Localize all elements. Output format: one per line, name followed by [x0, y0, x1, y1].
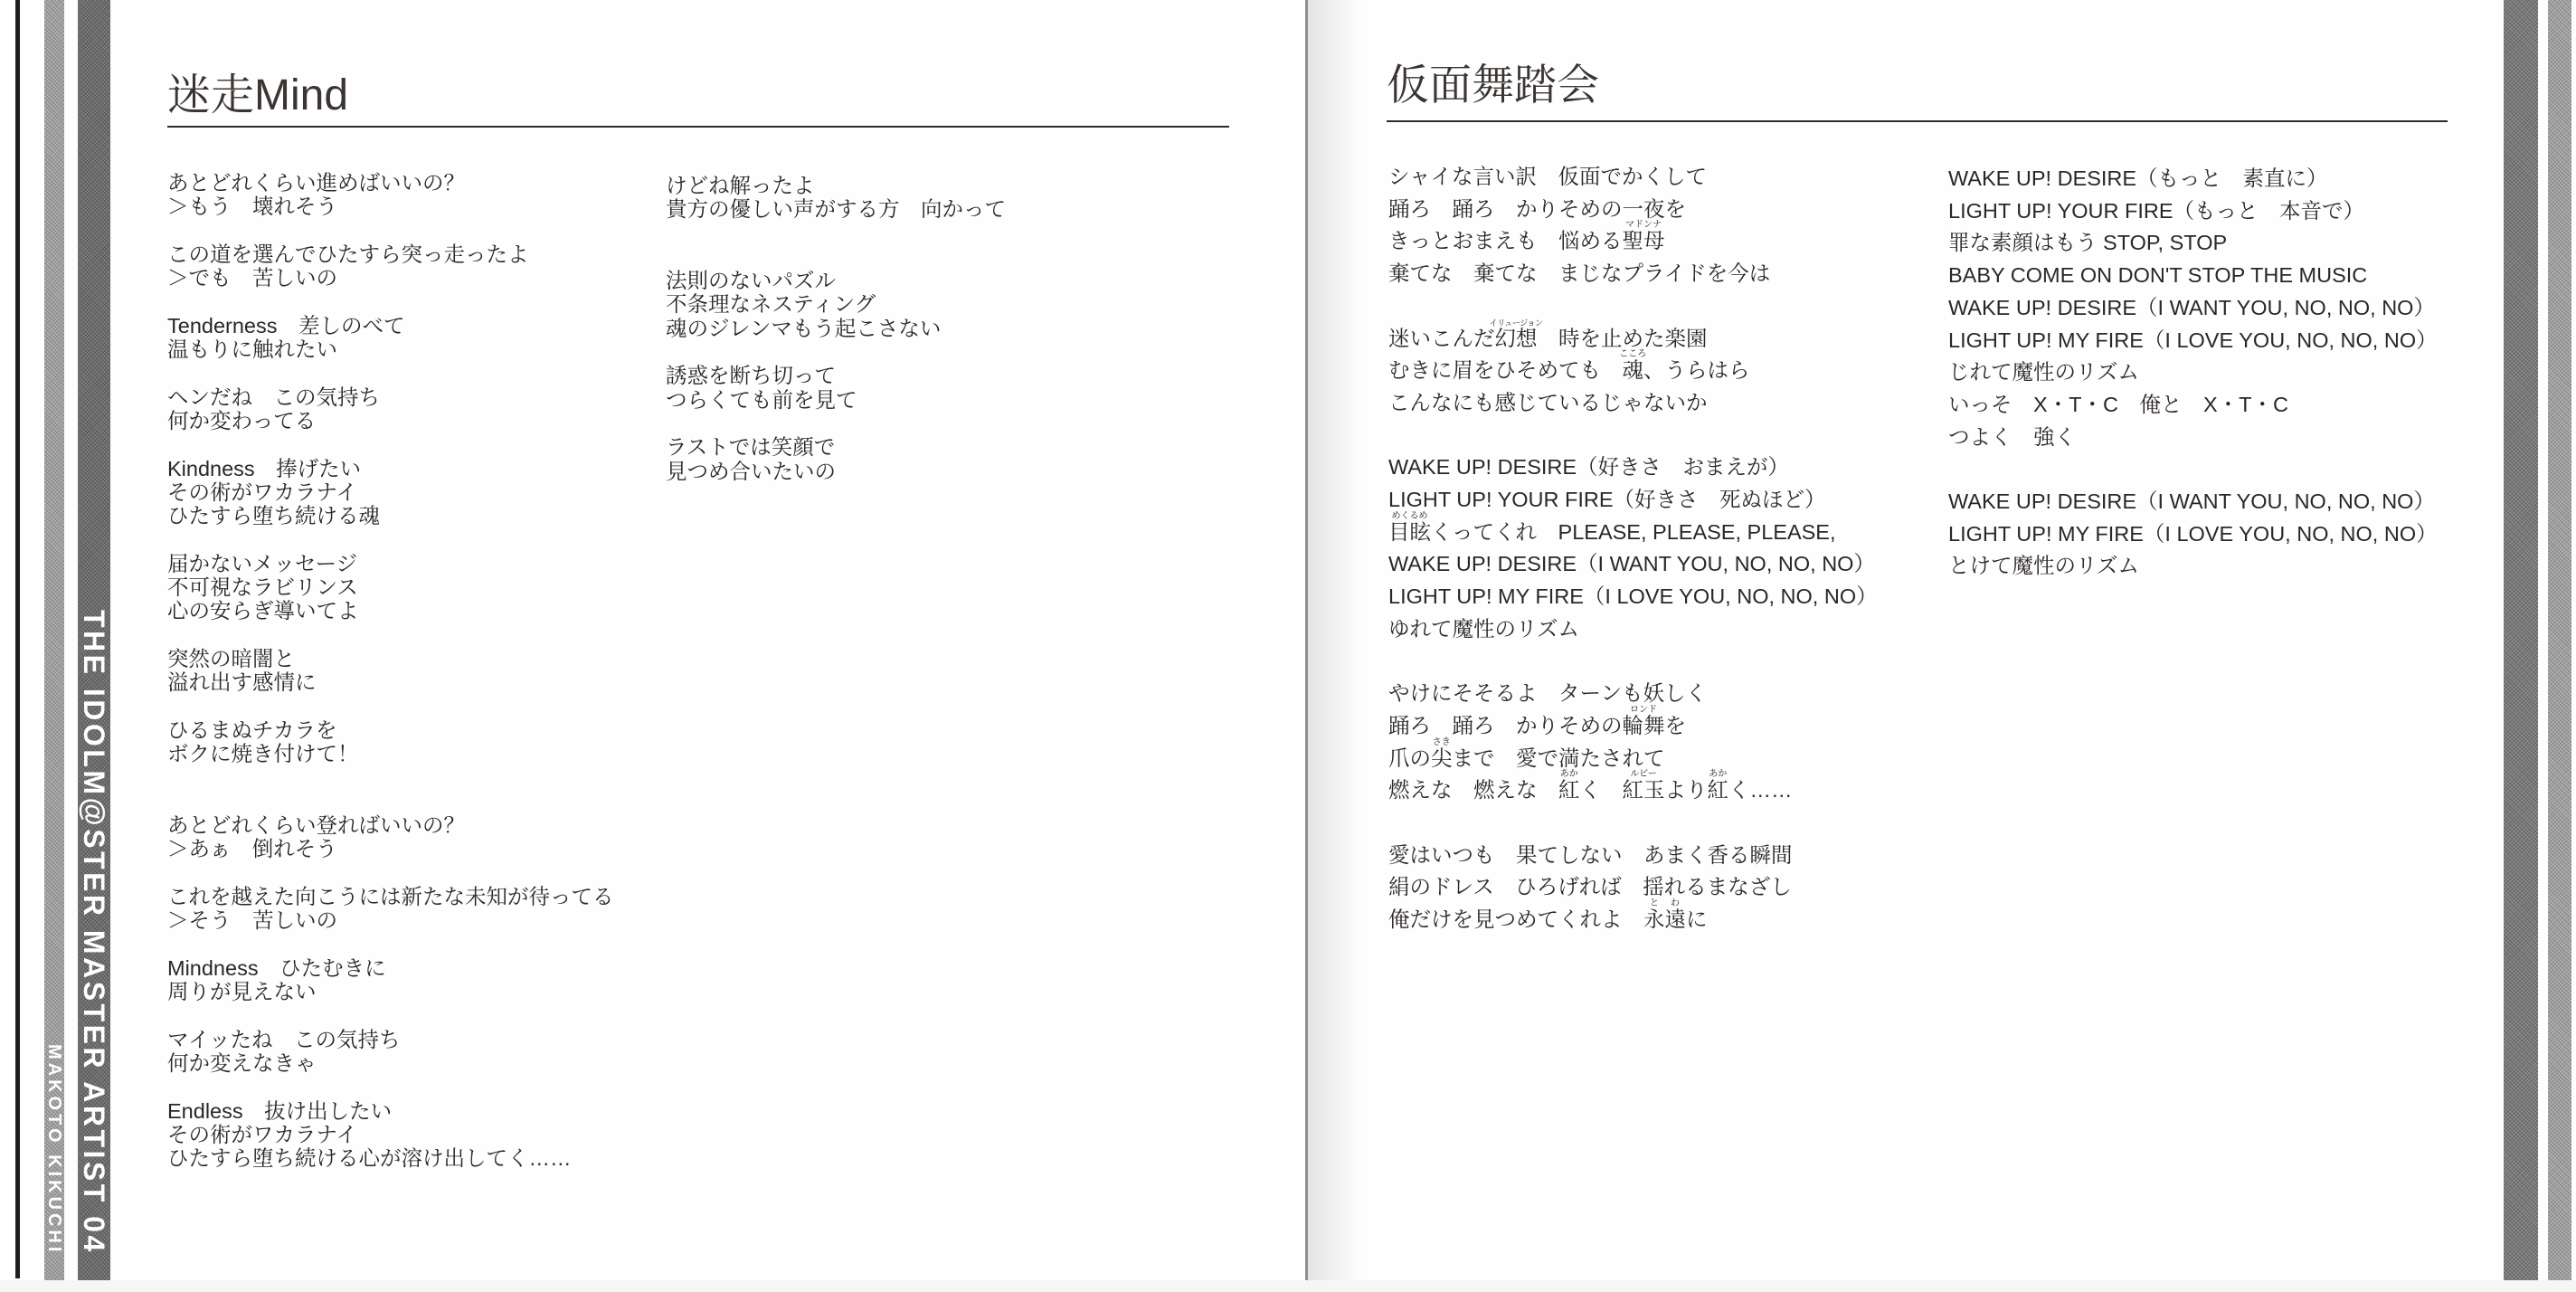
stanza: この道を選んでひたすら突っ走ったよ ＞でも 苦しいの — [167, 242, 614, 290]
lyric-line: 何か変わってる — [167, 409, 614, 432]
song-title: 迷走Mind — [167, 74, 348, 118]
lyric-line: WAKE UP! DESIRE（好きさ おまえが） — [1388, 451, 1878, 484]
lyric-segment: 迷いこんだ — [1388, 327, 1495, 350]
ruby-group: 魂こころ — [1623, 355, 1644, 387]
stanza: 届かないメッセージ 不可視なラビリンス 心の安らぎ導いてよ — [167, 552, 614, 623]
stanza: ヘンだね この気持ち 何か変わってる — [167, 385, 614, 433]
lyric-line: いっそ X・T・C 俺と X・T・C — [1948, 389, 2438, 422]
ruby-group: 輪舞ロンド — [1623, 710, 1665, 743]
lyric-line: 見つめ合いたいの — [666, 460, 1006, 483]
ruby-group: 幻想イリュージョン — [1495, 323, 1538, 356]
lyric-line: つよく 強く — [1948, 422, 2438, 454]
lyric-segment: まで 愛で満たされて — [1453, 746, 1665, 770]
lyric-segment: 俺だけを見つめてくれよ — [1388, 907, 1643, 931]
ruby-group: 聖母マドンナ — [1623, 225, 1665, 258]
ruby-base: 永遠 — [1643, 907, 1686, 931]
lyric-line: ひるまぬチカラを — [167, 718, 614, 742]
lyric-line: 届かないメッセージ — [167, 552, 614, 575]
stanza: 突然の暗闇と 溢れ出す感情に — [167, 647, 614, 695]
lyric-line: LIGHT UP! YOUR FIRE（もっと 本音で） — [1948, 195, 2438, 228]
stanza: シャイな言い訳 仮面でかくして 踊ろ 踊ろ かりそめの一夜を きっとおまえも 悩… — [1388, 161, 1878, 290]
stanza: Kindness 捧げたい その術がワカラナイ ひたすら堕ち続ける魂 — [167, 457, 614, 528]
ruby-base: 魂 — [1623, 358, 1644, 382]
lyric-line: 魂のジレンマもう起こさない — [666, 317, 1006, 340]
lyric-segment: 爪の — [1388, 746, 1431, 770]
stanza: Tenderness 差しのべて 温もりに触れたい — [167, 314, 614, 362]
ruby-group: 目眩めくるめ — [1388, 517, 1431, 549]
spine-artist-name: MAKOTO KIKUCHI — [44, 995, 64, 1255]
lyric-line: ＞でも 苦しいの — [167, 266, 614, 290]
lyric-line: その術がワカラナイ — [167, 480, 614, 504]
ruby-base: 紅 — [1558, 778, 1580, 802]
ruby-group: 永遠とわ — [1643, 904, 1686, 936]
ruby-base: 紅玉 — [1623, 778, 1665, 802]
lyric-segment: むきに眉をひそめても — [1388, 358, 1623, 382]
lyric-line: つらくても前を見て — [666, 388, 1006, 412]
stanza: Mindness ひたむきに 周りが見えない — [167, 956, 614, 1004]
ruby-base: 輪舞 — [1623, 714, 1665, 737]
lyric-line: 温もりに触れたい — [167, 337, 614, 361]
lyric-line: 不可視なラビリンス — [167, 575, 614, 599]
ruby-group: 紅あか — [1558, 774, 1580, 807]
ruby-reading: あか — [1681, 770, 1757, 779]
lyric-line: とけて魔性のリズム — [1948, 550, 2438, 583]
lyric-line: 愛はいつも 果てしない あまく香る瞬間 — [1388, 840, 1878, 872]
ruby-base: 聖母 — [1623, 229, 1665, 252]
lyric-line: 棄てな 棄てな まじなプライドを今は — [1388, 258, 1878, 290]
stanza: WAKE UP! DESIRE（I WANT YOU, NO, NO, NO） … — [1948, 486, 2438, 583]
lyric-line: こんなにも感じているじゃないか — [1388, 387, 1878, 420]
gutter-shadow — [1308, 0, 1362, 1280]
lyric-line: きっとおまえも 悩める聖母マドンナ — [1388, 225, 1878, 258]
ruby-group: 紅玉ルビー — [1623, 774, 1665, 807]
ruby-reading: ロンド — [1596, 706, 1692, 715]
lyric-line: WAKE UP! DESIRE（もっと 素直に） — [1948, 163, 2438, 195]
lyric-line: Kindness 捧げたい — [167, 457, 614, 480]
stanza: あとどれくらい登ればいいの？ ＞あぁ 倒れそう — [167, 813, 614, 861]
lyric-segment: く…… — [1728, 778, 1793, 802]
lyric-segment: 時を止めた楽園 — [1538, 327, 1708, 350]
lyric-line: 誘惑を断ち切って — [666, 364, 1006, 387]
lyric-line: Endless 抜け出したい — [167, 1099, 614, 1123]
lyric-line: LIGHT UP! MY FIRE（I LOVE YOU, NO, NO, NO… — [1948, 325, 2438, 357]
ruby-base: 幻想 — [1495, 327, 1538, 350]
ruby-reading: マドンナ — [1596, 221, 1692, 230]
lyric-line: あとどれくらい登ればいいの？ — [167, 813, 614, 837]
lyric-line: ＞もう 壊れそう — [167, 195, 614, 218]
stanza: 法則のないパズル 不条理なネスティング 魂のジレンマもう起こさない — [666, 269, 1006, 340]
lyrics-column-1: あとどれくらい進めばいいの？ ＞もう 壊れそう この道を選んでひたすら突っ走った… — [167, 171, 614, 1170]
ruby-reading: とわ — [1616, 899, 1713, 908]
lyric-segment: きっとおまえも 悩める — [1388, 229, 1623, 252]
lyric-line: LIGHT UP! MY FIRE（I LOVE YOU, NO, NO, NO… — [1948, 518, 2438, 551]
right-edge-stripe-dark — [2504, 0, 2538, 1280]
lyric-segment: 燃えな 燃えな — [1388, 778, 1558, 802]
ruby-reading: イリュージョン — [1468, 318, 1565, 328]
ruby-base: 目眩 — [1388, 520, 1431, 544]
lyric-segment: に — [1686, 907, 1708, 931]
lyric-line: 突然の暗闇と — [167, 647, 614, 670]
page-bottom-edge — [0, 1280, 2576, 1292]
lyric-line: けどね解ったよ — [666, 174, 1006, 197]
left-edge-line — [15, 0, 20, 1278]
stanza: けどね解ったよ 貴方の優しい声がする方 向かって — [666, 174, 1006, 222]
gutter-fold-line — [1305, 0, 1308, 1280]
stanza: やけにそそるよ ターンも妖しく 踊ろ 踊ろ かりそめの輪舞ロンドを 爪の尖さきま… — [1388, 678, 1878, 807]
lyric-line: ひたすら堕ち続ける心が溶け出してく…… — [167, 1146, 614, 1170]
title-underline — [167, 126, 1229, 128]
stanza: これを越えた向こうには新たな未知が待ってる ＞そう 苦しいの — [167, 885, 614, 933]
stanza: 迷いこんだ幻想イリュージョン 時を止めた楽園 むきに眉をひそめても 魂こころ、う… — [1388, 323, 1878, 420]
stanza: 愛はいつも 果てしない あまく香る瞬間 絹のドレス ひろげれば 揺れるまなざし … — [1388, 840, 1878, 936]
lyric-line: 俺だけを見つめてくれよ 永遠とわに — [1388, 904, 1878, 936]
lyrics-column-2: WAKE UP! DESIRE（もっと 素直に） LIGHT UP! YOUR … — [1948, 163, 2438, 583]
lyric-line: 溢れ出す感情に — [167, 670, 614, 694]
title-underline — [1387, 120, 2448, 122]
right-edge-stripe-light — [2548, 0, 2571, 1280]
stanza: WAKE UP! DESIRE（好きさ おまえが） LIGHT UP! YOUR… — [1388, 451, 1878, 645]
lyric-line: 法則のないパズル — [666, 269, 1006, 292]
ruby-group: 尖さき — [1431, 743, 1453, 775]
lyric-line: LIGHT UP! MY FIRE（I LOVE YOU, NO, NO, NO… — [1388, 581, 1878, 613]
stanza: WAKE UP! DESIRE（もっと 素直に） LIGHT UP! YOUR … — [1948, 163, 2438, 453]
ruby-reading: さき — [1404, 738, 1480, 747]
lyric-line: ボクに焼き付けて！ — [167, 742, 614, 765]
lyric-segment: 踊ろ 踊ろ かりそめの — [1388, 714, 1623, 737]
stanza: あとどれくらい進めばいいの？ ＞もう 壊れそう — [167, 171, 614, 219]
lyrics-column-2: けどね解ったよ 貴方の優しい声がする方 向かって 法則のないパズル 不条理なネス… — [666, 174, 1006, 483]
lyric-line: ゆれて魔性のリズム — [1388, 613, 1878, 646]
lyric-line: WAKE UP! DESIRE（I WANT YOU, NO, NO, NO） — [1388, 548, 1878, 581]
lyric-line: ＞そう 苦しいの — [167, 908, 614, 932]
lyric-line: WAKE UP! DESIRE（I WANT YOU, NO, NO, NO） — [1948, 486, 2438, 518]
lyric-segment: より — [1665, 778, 1708, 802]
lyric-line: マイッたね この気持ち — [167, 1028, 614, 1051]
stanza: Endless 抜け出したい その術がワカラナイ ひたすら堕ち続ける心が溶け出し… — [167, 1099, 614, 1171]
ruby-reading: こころ — [1596, 350, 1672, 359]
lyric-line: LIGHT UP! YOUR FIRE（好きさ 死ぬほど） — [1388, 484, 1878, 517]
lyric-line: むきに眉をひそめても 魂こころ、うらはら — [1388, 355, 1878, 387]
lyric-segment: くってくれ PLEASE, PLEASE, PLEASE, — [1431, 520, 1836, 544]
stanza: ラストでは笑顔で 見つめ合いたいの — [666, 435, 1006, 483]
booklet-spread: THE IDOLM@STER MASTER ARTIST 04 MAKOTO K… — [0, 0, 2576, 1292]
stanza: 誘惑を断ち切って つらくても前を見て — [666, 364, 1006, 412]
lyric-line: その術がワカラナイ — [167, 1123, 614, 1146]
lyrics-column-1: シャイな言い訳 仮面でかくして 踊ろ 踊ろ かりそめの一夜を きっとおまえも 悩… — [1388, 161, 1878, 936]
lyric-line: ひたすら堕ち続ける魂 — [167, 504, 614, 527]
lyric-line: あとどれくらい進めばいいの？ — [167, 171, 614, 195]
lyric-line: Tenderness 差しのべて — [167, 314, 614, 337]
lyric-line: 貴方の優しい声がする方 向かって — [666, 197, 1006, 221]
lyric-line: 周りが見えない — [167, 980, 614, 1003]
lyric-line: ＞あぁ 倒れそう — [167, 837, 614, 860]
spine-series-title: THE IDOLM@STER MASTER ARTIST 04 — [78, 543, 110, 1255]
stanza: マイッたね この気持ち 何か変えなきゃ — [167, 1028, 614, 1076]
stanza: ひるまぬチカラを ボクに焼き付けて！ — [167, 718, 614, 766]
lyric-line: 燃えな 燃えな 紅あかく 紅玉ルビーより紅あかく…… — [1388, 774, 1878, 807]
lyric-line: ヘンだね この気持ち — [167, 385, 614, 409]
lyric-line: この道を選んでひたすら突っ走ったよ — [167, 242, 614, 266]
lyric-line: WAKE UP! DESIRE（I WANT YOU, NO, NO, NO） — [1948, 292, 2438, 325]
ruby-group: 紅あか — [1708, 774, 1729, 807]
lyric-line: 不条理なネスティング — [666, 292, 1006, 316]
lyric-line: 心の安らぎ導いてよ — [167, 599, 614, 622]
lyric-line: これを越えた向こうには新たな未知が待ってる — [167, 885, 614, 908]
lyric-segment: を — [1665, 714, 1687, 737]
ruby-base: 尖 — [1431, 746, 1453, 770]
ruby-base: 紅 — [1708, 778, 1729, 802]
lyric-segment: 、うらはら — [1643, 358, 1750, 382]
lyric-line: BABY COME ON DON'T STOP THE MUSIC — [1948, 260, 2438, 292]
lyric-line: じれて魔性のリズム — [1948, 356, 2438, 389]
lyric-line: Mindness ひたむきに — [167, 956, 614, 980]
lyric-line: シャイな言い訳 仮面でかくして — [1388, 161, 1878, 194]
ruby-reading: めくるめ — [1361, 512, 1458, 521]
lyric-line: ラストでは笑顔で — [666, 435, 1006, 459]
song-title: 仮面舞踏会 — [1387, 63, 1599, 106]
lyric-line: 罪な素顔はもう STOP, STOP — [1948, 227, 2438, 260]
lyric-line: 何か変えなきゃ — [167, 1051, 614, 1075]
ruby-reading: ルビー — [1596, 770, 1692, 779]
lyric-line: 目眩めくるめくってくれ PLEASE, PLEASE, PLEASE, — [1388, 517, 1878, 549]
lyric-segment: く — [1580, 778, 1623, 802]
